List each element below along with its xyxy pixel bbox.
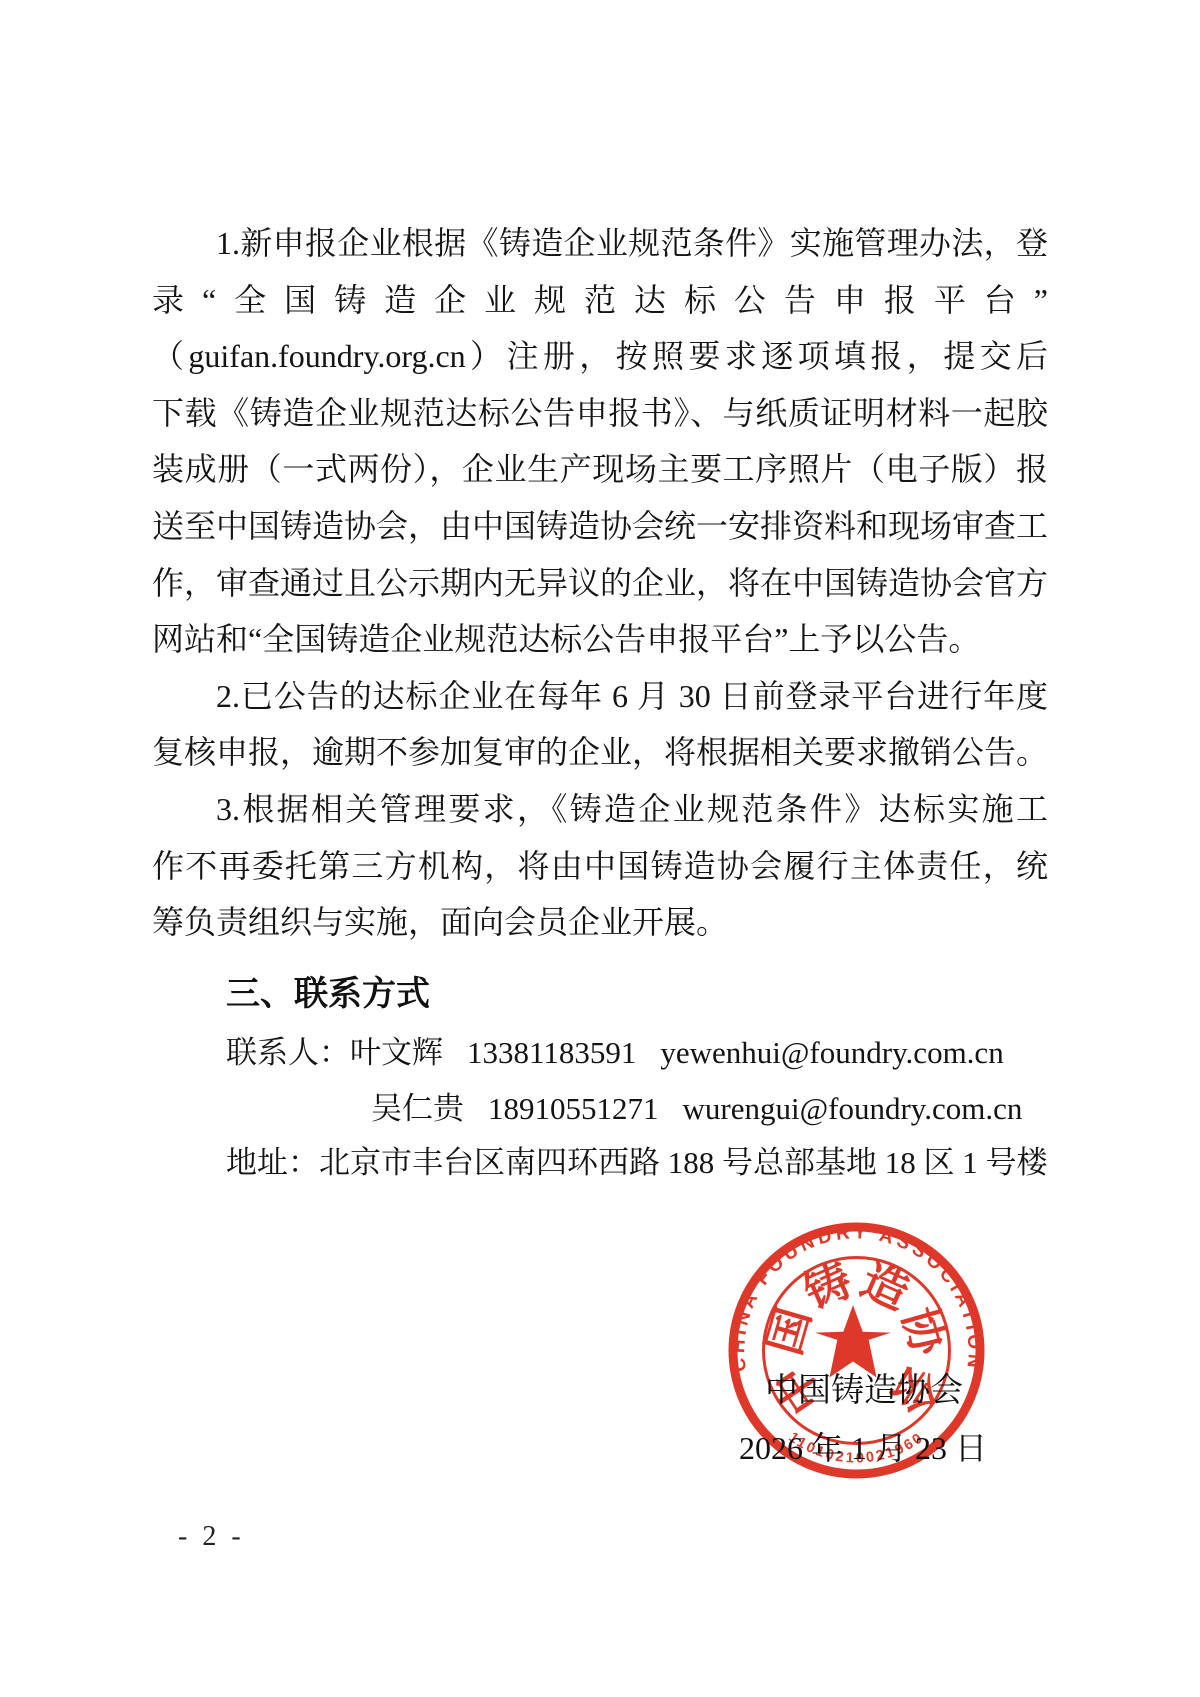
star-icon — [815, 1305, 891, 1377]
body-paragraphs: 1.新申报企业根据《铸造企业规范条件》实施管理办法，登 录“全国铸造企业规范达标… — [152, 215, 1048, 951]
document-page: 1.新申报企业根据《铸造企业规范条件》实施管理办法，登 录“全国铸造企业规范达标… — [0, 0, 1200, 1697]
contact-name: 叶文辉 — [350, 1035, 443, 1070]
signature-organization: 中国铸造协会 — [765, 1374, 963, 1408]
paragraph-line: 送至中国铸造协会，由中国铸造协会统一安排资料和现场审查工 — [152, 498, 1048, 555]
paragraph-line: 复核申报，逾期不参加复审的企业，将根据相关要求撤销公告。 — [152, 724, 1048, 781]
contact-label: 联系人： — [226, 1035, 350, 1070]
contact-phone: 18910551271 — [488, 1091, 659, 1126]
paragraph-line: 2.已公告的达标企业在每年 6 月 30 日前登录平台进行年度 — [152, 668, 1048, 725]
seal-char: 协 — [893, 1302, 955, 1362]
seal-char: 国 — [758, 1302, 820, 1360]
paragraph-line: 1.新申报企业根据《铸造企业规范条件》实施管理办法，登 — [152, 215, 1048, 272]
paragraph-line: 3.根据相关管理要求，《铸造企业规范条件》达标实施工 — [152, 781, 1048, 838]
address-label: 地址： — [226, 1145, 319, 1180]
contact-email: wurengui@foundry.com.cn — [683, 1091, 1023, 1126]
paragraph-line: 录“全国铸造企业规范达标公告申报平台” — [152, 272, 1048, 329]
paragraph-line: 筹负责组织与实施，面向会员企业开展。 — [152, 894, 1048, 951]
contact-email: yewenhui@foundry.com.cn — [660, 1035, 1003, 1070]
contact-phone: 13381183591 — [467, 1035, 636, 1070]
contact-row: 吴仁贵18910551271wurengui@foundry.com.cn — [371, 1092, 1022, 1126]
paragraph-line: 网站和“全国铸造企业规范达标公告申报平台”上予以公告。 — [152, 611, 1048, 668]
contact-row: 联系人：叶文辉13381183591yewenhui@foundry.com.c… — [226, 1036, 1004, 1070]
paragraph-line: 作不再委托第三方机构，将由中国铸造协会履行主体责任，统 — [152, 838, 1048, 895]
seal-char: 造 — [854, 1254, 917, 1319]
signature-date: 2026 年 1 月 23 日 — [739, 1431, 987, 1465]
paragraph-line: 下载《铸造企业规范达标公告申报书》、与纸质证明材料一起胶 — [152, 385, 1048, 442]
paragraph-line: 作，审查通过且公示期内无异议的企业，将在中国铸造协会官方 — [152, 555, 1048, 612]
seal-char: 铸 — [797, 1254, 860, 1319]
address-value: 北京市丰台区南四环西路 188 号总部基地 18 区 1 号楼 — [319, 1145, 1048, 1180]
contact-name: 吴仁贵 — [371, 1091, 464, 1126]
contact-section-heading: 三、联系方式 — [226, 976, 430, 1012]
paragraph-line: （guifan.foundry.org.cn）注册，按照要求逐项填报，提交后 — [152, 328, 1048, 385]
address-row: 地址：北京市丰台区南四环西路 188 号总部基地 18 区 1 号楼 — [226, 1146, 1048, 1180]
paragraph-line: 装成册（一式两份），企业生产现场主要工序照片（电子版）报 — [152, 441, 1048, 498]
page-number: - 2 - — [178, 1522, 241, 1552]
